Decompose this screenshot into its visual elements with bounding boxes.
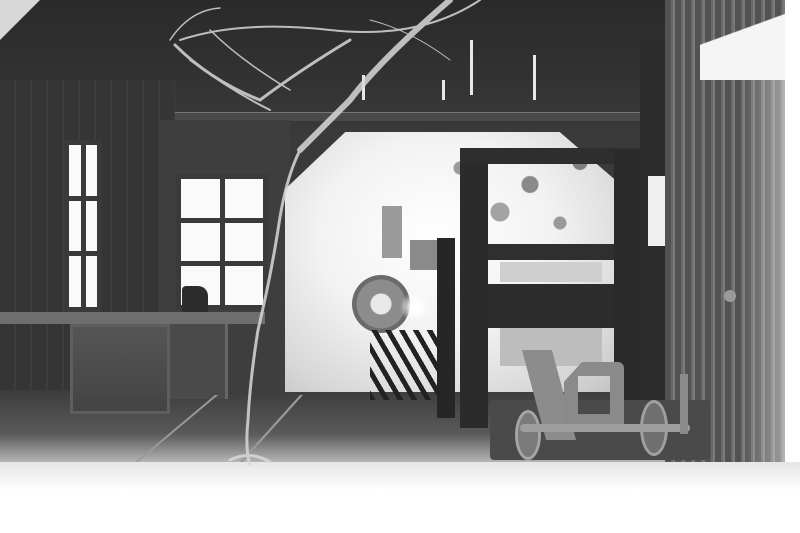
winch-wheel-left (515, 410, 541, 460)
frame-opening (500, 262, 602, 282)
winch-crank (680, 374, 688, 434)
door-handle (724, 290, 736, 302)
background-edge (785, 0, 800, 533)
gantry-crossbeam (488, 284, 614, 328)
light-gap (533, 55, 536, 100)
wall-highlight (740, 50, 785, 520)
winch-shaft (520, 424, 690, 432)
window-left (64, 140, 102, 312)
photo-scene (0, 0, 800, 533)
roof-edge-left (0, 0, 40, 40)
foreground-floor (0, 462, 800, 533)
gantry-crossbeam (488, 244, 614, 260)
cobweb (150, 0, 490, 470)
